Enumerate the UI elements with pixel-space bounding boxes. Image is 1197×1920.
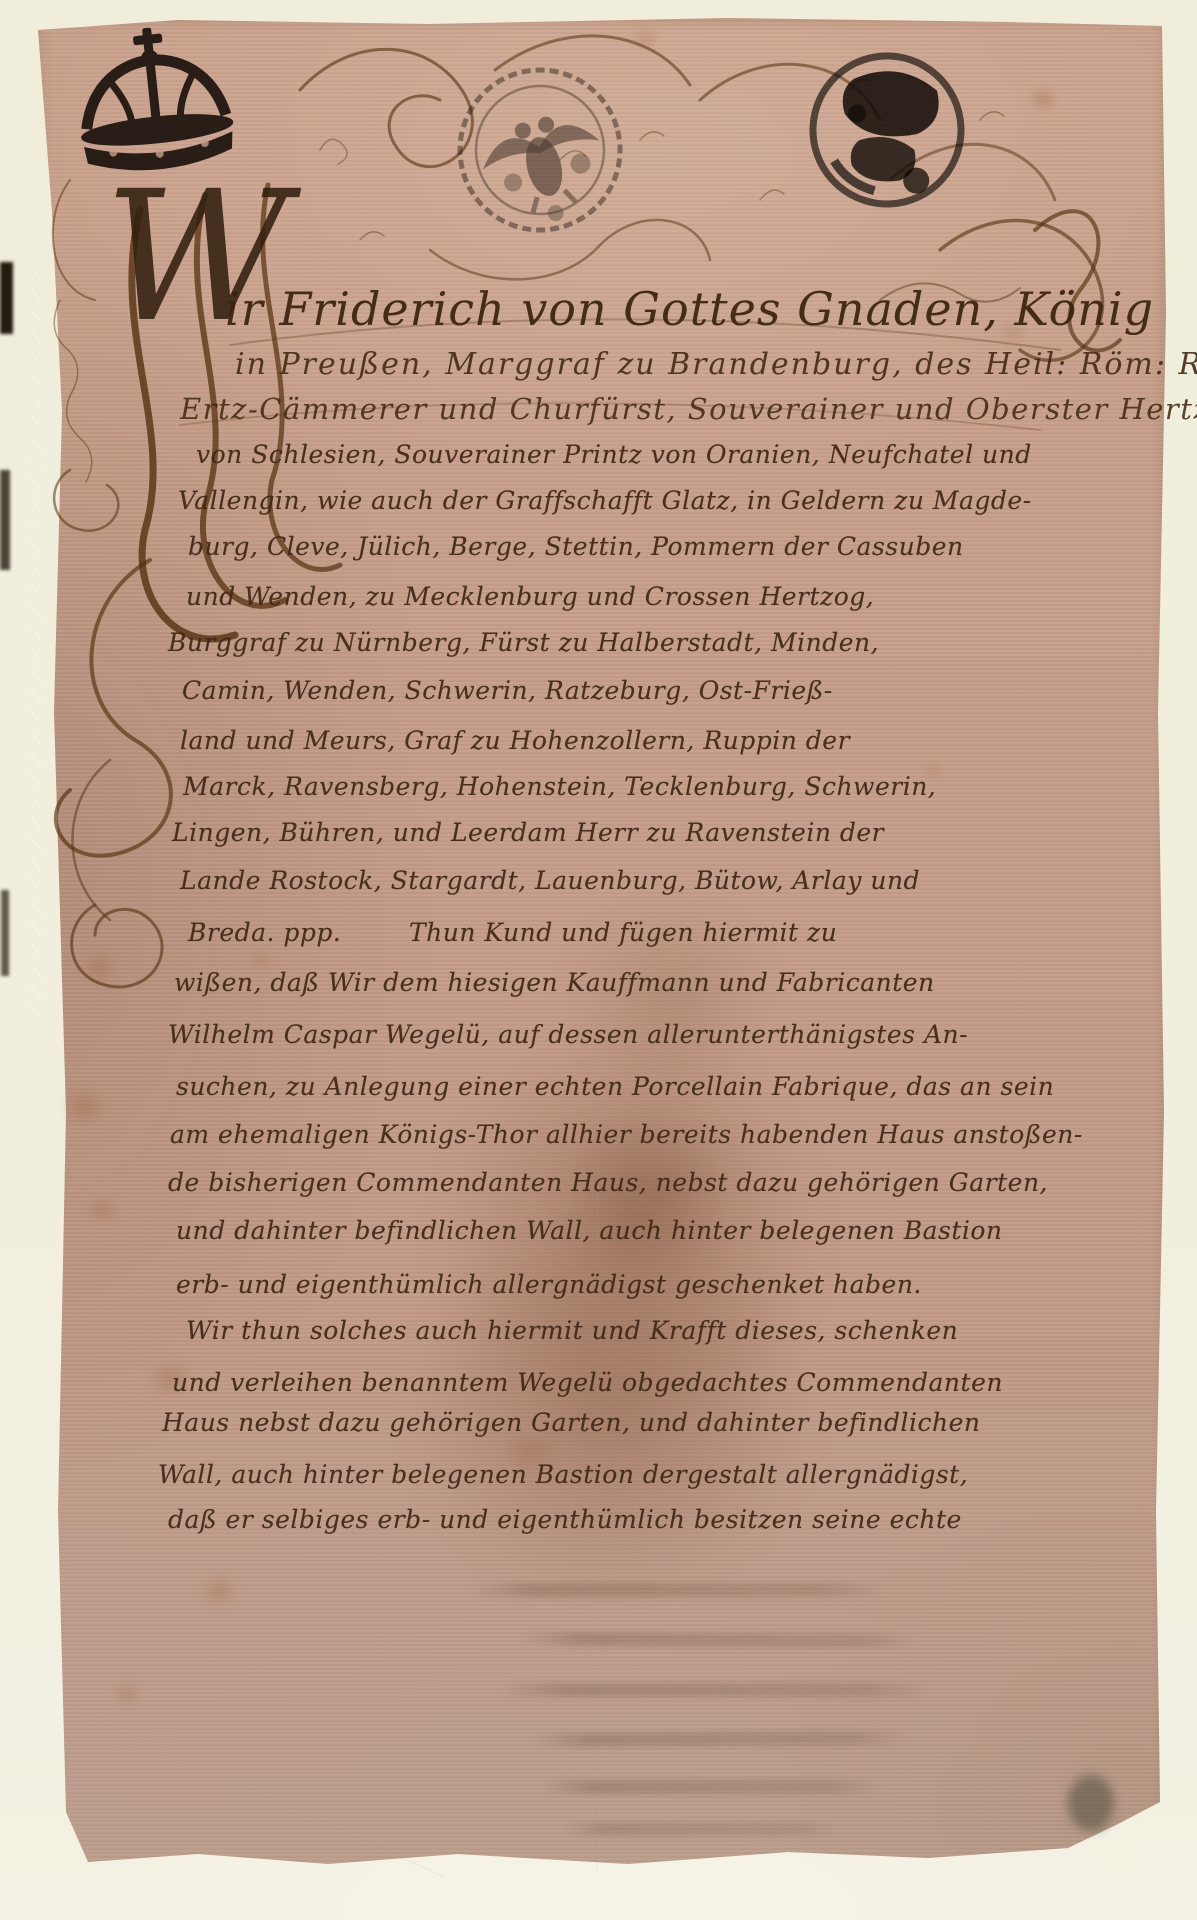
body-line: land und Meurs, Graf zu Hohenzollern, Ru…: [180, 726, 850, 755]
body-line: Camin, Wenden, Schwerin, Ratzeburg, Ost-…: [182, 676, 833, 705]
body-line: von Schlesien, Souverainer Printz von Or…: [196, 440, 1032, 469]
body-line: Wilhelm Caspar Wegelü, auf dessen alleru…: [168, 1020, 968, 1049]
body-line: und dahinter befindlichen Wall, auch hin…: [176, 1216, 1003, 1245]
body-line: Wall, auch hinter belegenen Bastion derg…: [158, 1460, 968, 1489]
body-line: wißen, daß Wir dem hiesigen Kauffmann un…: [174, 968, 935, 997]
body-line: am ehemaligen Königs-Thor allhier bereit…: [170, 1120, 1083, 1149]
body-line: Marck, Ravensberg, Hohenstein, Tecklenbu…: [183, 772, 936, 801]
manuscript-photo: W ir Friderich von Gottes Gnaden, König …: [0, 0, 1197, 1920]
body-line: suchen, zu Anlegung einer echten Porcell…: [176, 1072, 1054, 1101]
body-line: burg, Cleve, Jülich, Berge, Stettin, Pom…: [188, 532, 964, 561]
binding-edge-mark: [1, 890, 9, 976]
body-line: Wir thun solches auch hiermit und Krafft…: [186, 1316, 958, 1345]
body-line: und Wenden, zu Mecklenburg und Crossen H…: [186, 582, 874, 611]
body-line: erb- und eigenthümlich allergnädigst ges…: [176, 1270, 922, 1299]
body-line: de bisherigen Commendanten Haus, nebst d…: [168, 1168, 1048, 1197]
body-line: Lande Rostock, Stargardt, Lauenburg, Büt…: [180, 866, 920, 895]
body-line: Lingen, Bühren, und Leerdam Herr zu Rave…: [172, 818, 884, 847]
body-line: Burggraf zu Nürnberg, Fürst zu Halbersta…: [168, 628, 879, 657]
body-line: Vallengin, wie auch der Graffschafft Gla…: [178, 486, 1032, 515]
binding-edge-mark: [0, 262, 13, 334]
body-line: und verleihen benanntem Wegelü obgedacht…: [172, 1368, 1003, 1397]
body-line: Breda. ppp. Thun Kund und fügen hiermit …: [188, 918, 837, 947]
heading-line: in Preußen, Marggraf zu Brandenburg, des…: [235, 347, 1197, 382]
binding-edge-mark: [0, 470, 10, 570]
heading-line: Ertz-Cämmerer und Churfürst, Souverainer…: [180, 392, 1197, 426]
stitched-deckle-edge: [30, 255, 42, 1015]
heading-line: ir Friderich von Gottes Gnaden, König: [225, 282, 1154, 336]
body-line: Haus nebst dazu gehörigen Garten, und da…: [162, 1408, 980, 1437]
body-line: daß er selbiges erb- und eigenthümlich b…: [168, 1505, 962, 1534]
